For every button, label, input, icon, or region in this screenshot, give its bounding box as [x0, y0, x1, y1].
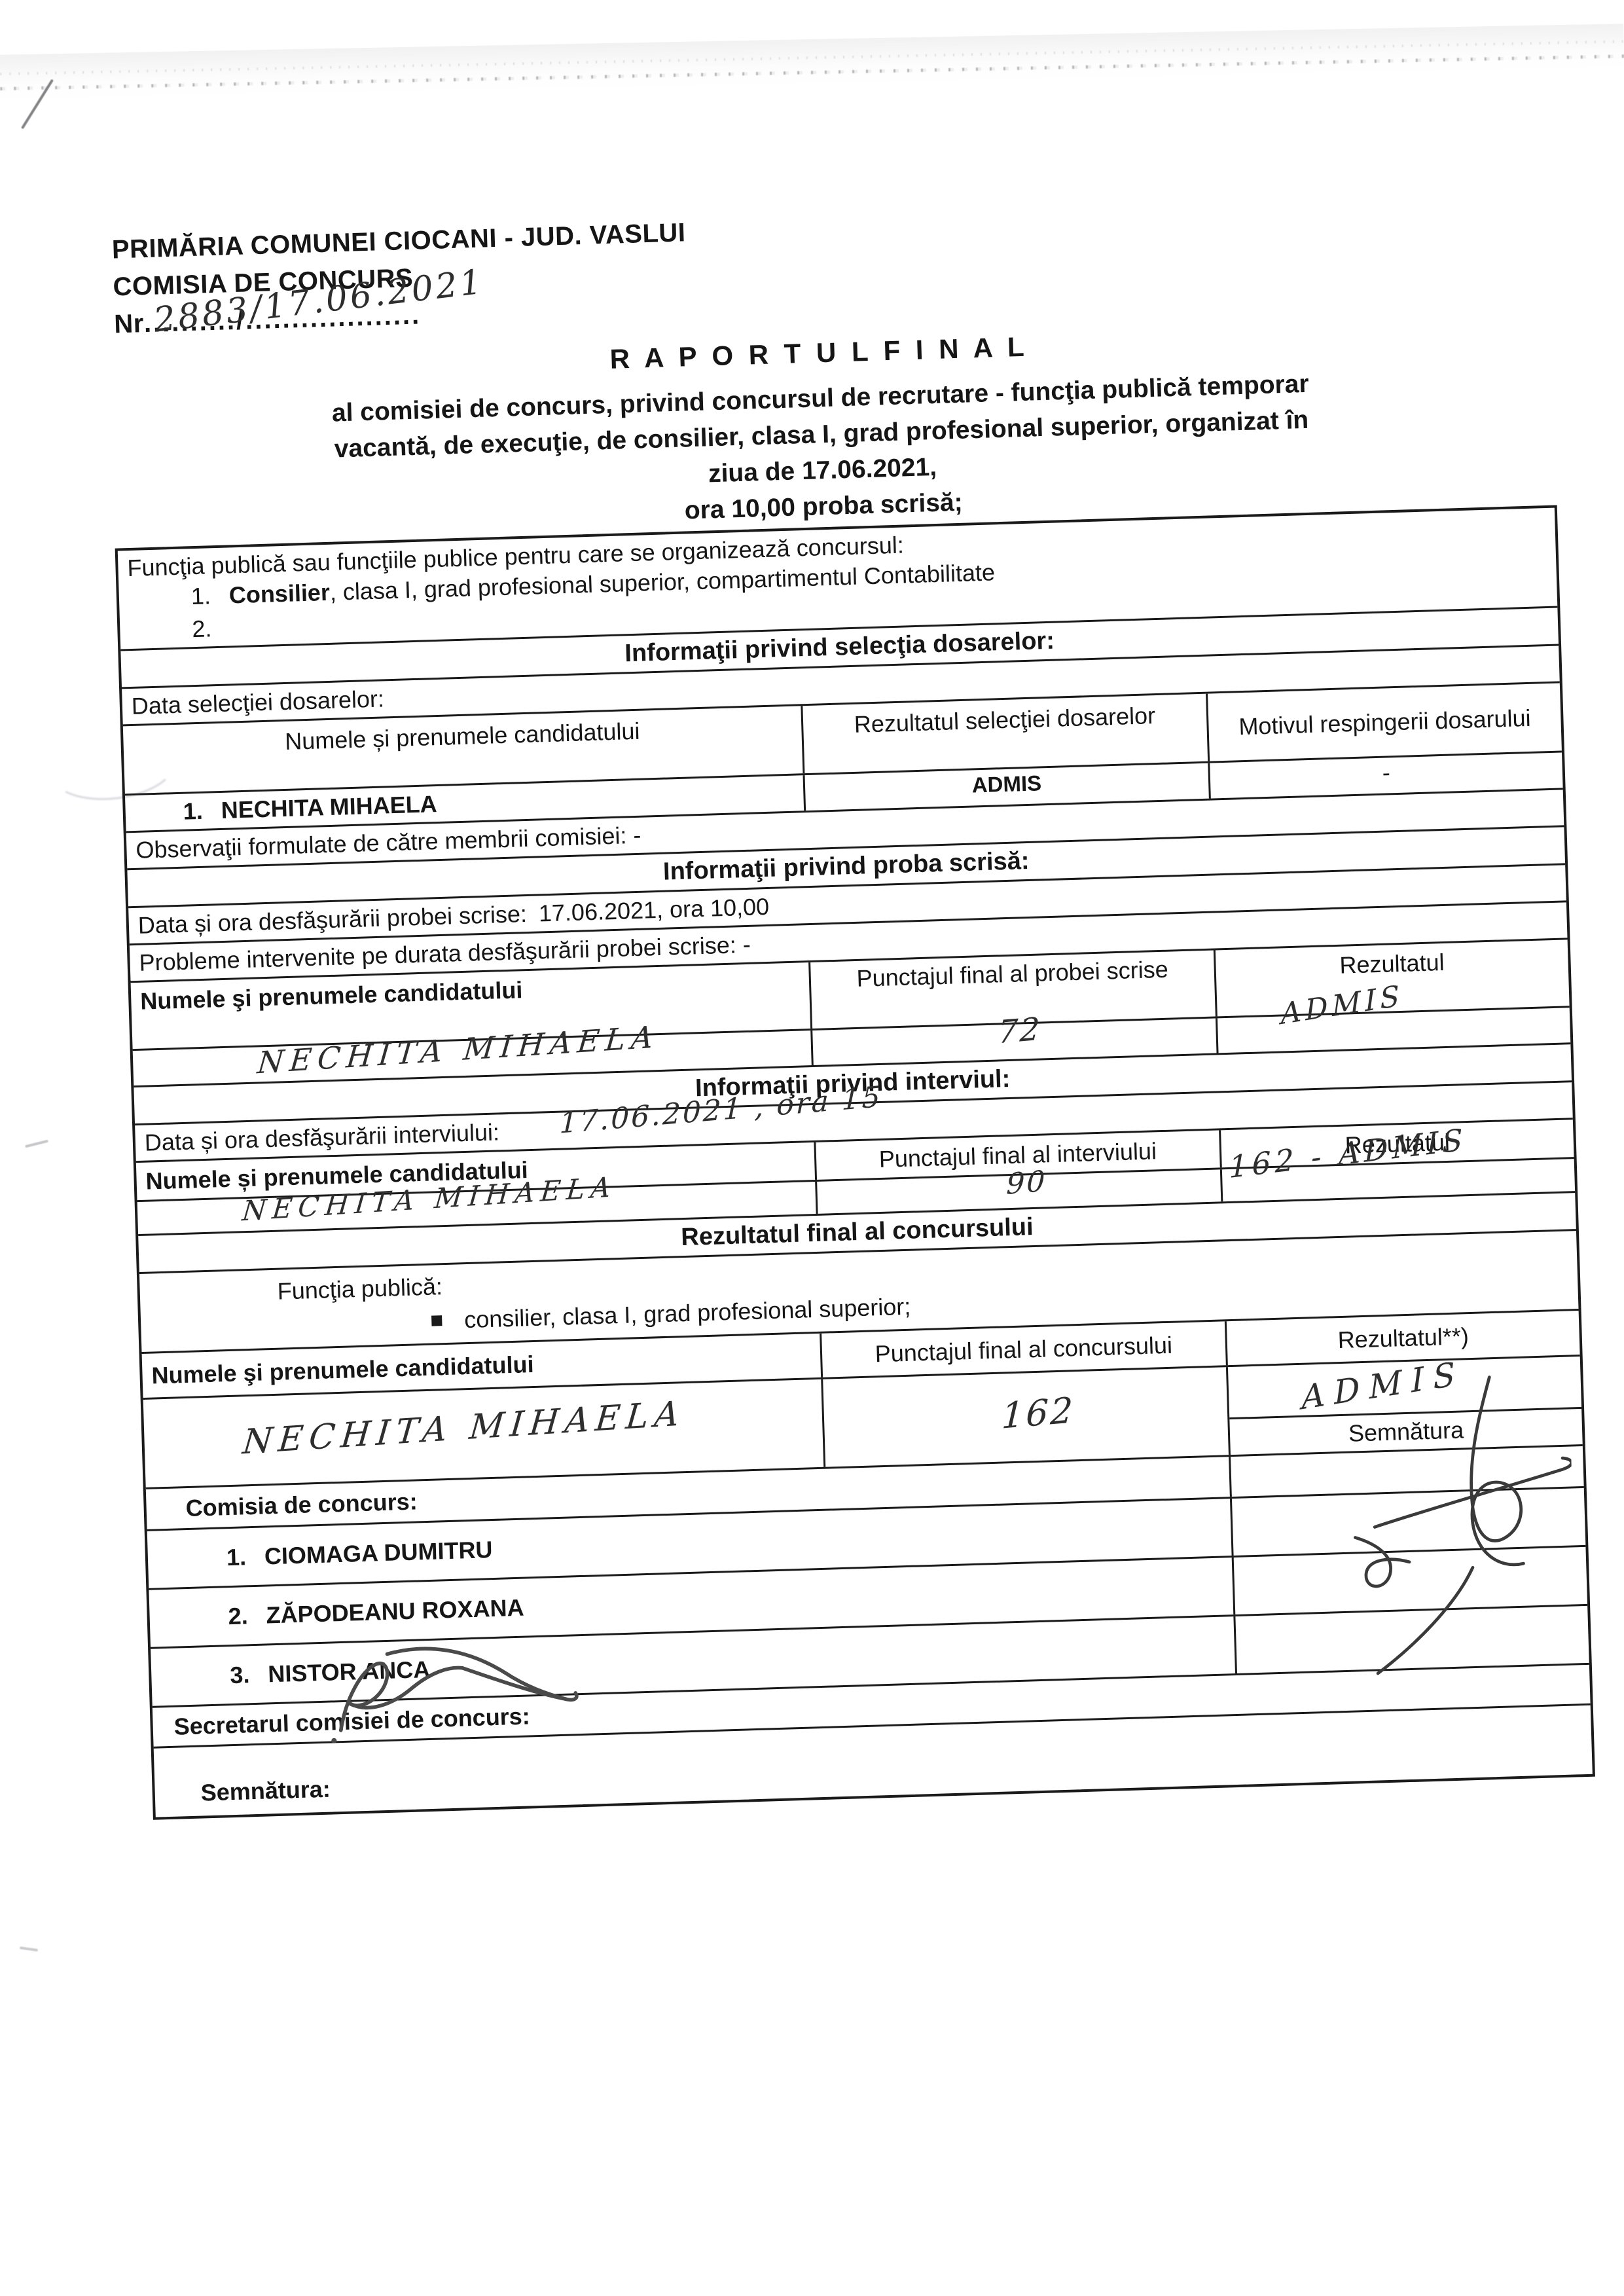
- candidate-name: NECHITA MIHAELA: [221, 790, 437, 824]
- scan-margin-mark: [20, 1946, 38, 1952]
- handwritten-result: ADMIS: [1301, 1354, 1465, 1417]
- scanned-page: PRIMĂRIA COMUNEI CIOCANI - JUD. VASLUI C…: [0, 0, 1594, 25]
- candidate-number: 1.: [183, 797, 221, 826]
- handwritten-candidate-name: NECHITA MIHAELA: [241, 1394, 687, 1462]
- member-number: 2.: [228, 1601, 266, 1630]
- position-item-title: Consilier: [228, 579, 330, 609]
- commission-signature-cell: [1232, 1488, 1585, 1556]
- commission-signature-cell: [1235, 1606, 1589, 1673]
- secretary-signature-label: Semnătura:: [200, 1776, 331, 1807]
- letterhead: PRIMĂRIA COMUNEI CIOCANI - JUD. VASLUI C…: [111, 214, 689, 343]
- member-name: CIOMAGA DUMITRU: [264, 1536, 493, 1570]
- commission-signature-cell: [1234, 1547, 1587, 1614]
- scan-margin-mark: [25, 1140, 48, 1148]
- registration-number-line: Nr........../................... 2883/17…: [114, 289, 689, 343]
- member-name: NISTOR ANCA: [268, 1655, 431, 1687]
- handwritten-written-score: 72: [998, 1011, 1043, 1051]
- member-name: ZĂPODEANU ROXANA: [266, 1594, 524, 1629]
- report-table: Funcţia publică sau funcţiile publice pe…: [115, 505, 1595, 1819]
- position-item-number: 1.: [190, 581, 229, 610]
- proba-date-value: 17.06.2021, ora 10,00: [538, 893, 769, 928]
- final-score-cell: 162: [823, 1367, 1231, 1467]
- handwritten-interview-score: 90: [1006, 1165, 1048, 1201]
- member-number: 1.: [226, 1542, 264, 1571]
- member-number: 3.: [230, 1660, 268, 1689]
- square-bullet-icon: [431, 1316, 442, 1326]
- position-item-number: 2.: [192, 614, 230, 643]
- handwritten-final-score: 162: [1001, 1389, 1075, 1437]
- column-header-dosar-result: Rezultatul selecţiei dosarelor: [803, 694, 1210, 774]
- final-result-signature-stack: ADMIS Semnătura: [1228, 1357, 1583, 1455]
- nr-label: Nr: [114, 309, 145, 338]
- column-header-rejection-reason: Motivul respingerii dosarului: [1208, 683, 1562, 761]
- final-position-value: consilier, clasa I, grad profesional sup…: [464, 1293, 911, 1333]
